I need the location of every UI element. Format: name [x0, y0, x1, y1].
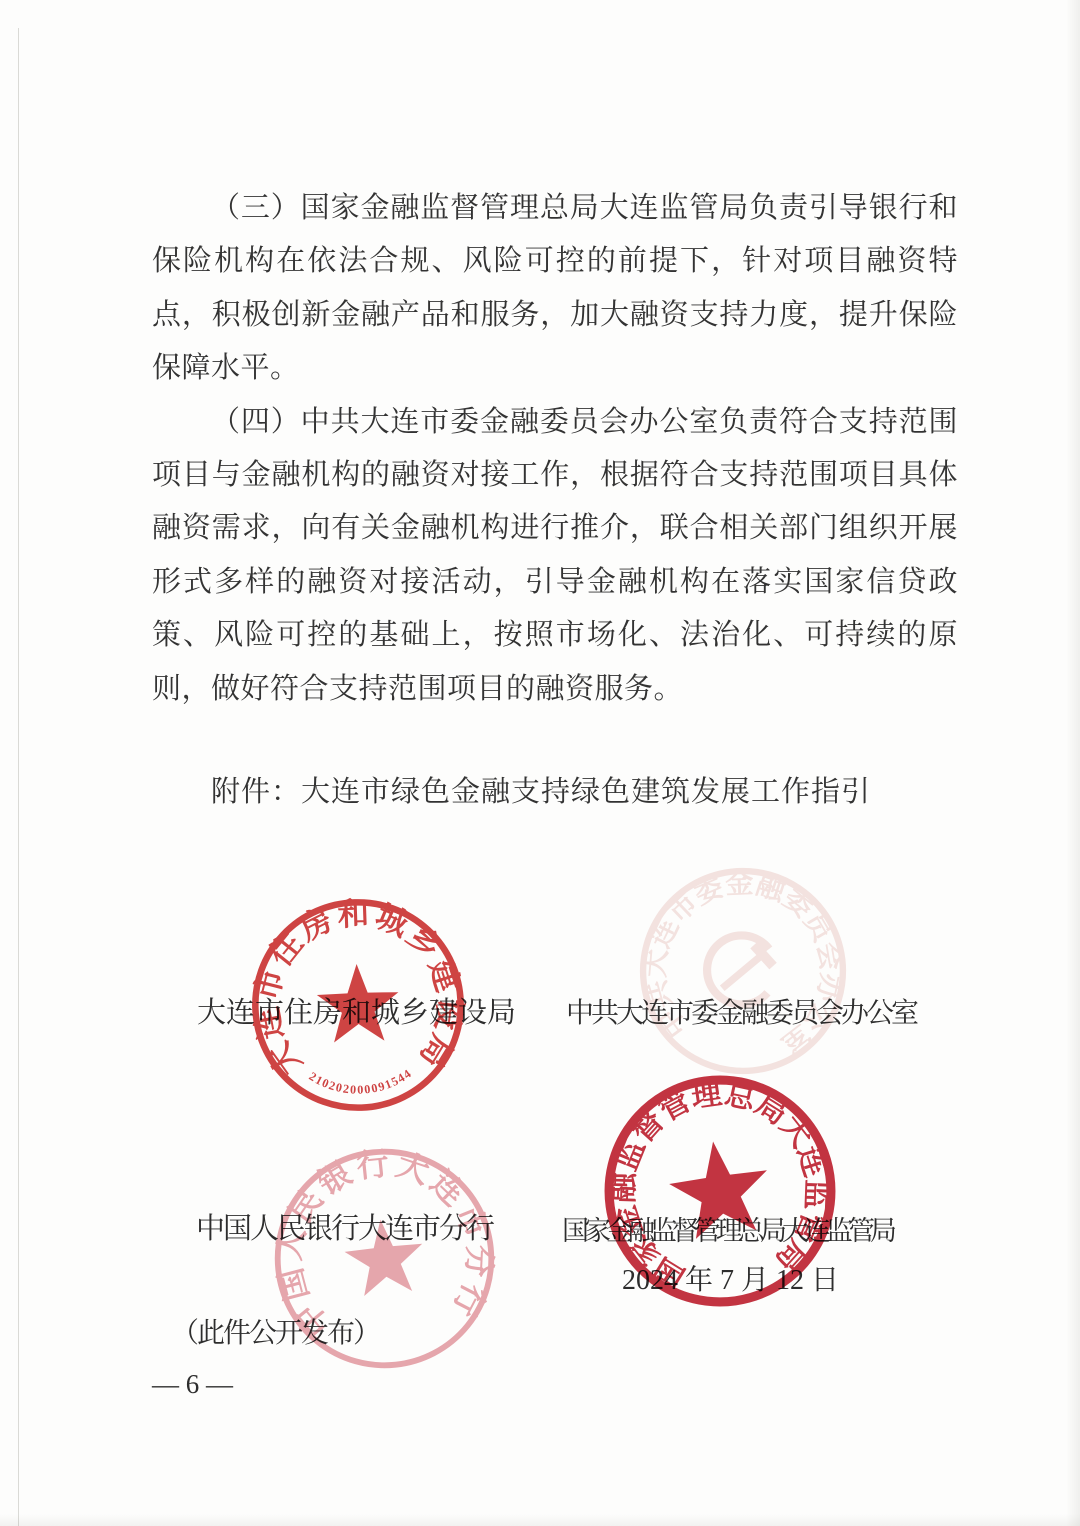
scan-edge-right	[1066, 0, 1080, 1526]
seal-arc-text: 大连市住房和城乡建设局	[245, 893, 470, 1083]
body-line: （三）国家金融监督管理总局大连监管局负责引导银行和	[152, 182, 958, 235]
body-line: 项目与金融机构的融资对接工作，根据符合支持范围项目具体	[152, 449, 958, 502]
body-line: 则，做好符合支持范围项目的融资服务。	[152, 663, 958, 716]
seal-ring	[630, 858, 856, 1084]
page-number: — 6 —	[152, 1369, 233, 1400]
seal-code-number: 210202000091544	[306, 1066, 415, 1099]
body-text: （三）国家金融监督管理总局大连监管局负责引导银行和保险机构在依法合规、风险可控的…	[152, 182, 958, 819]
scan-edge-bottom	[0, 1514, 1080, 1526]
body-line: 融资需求，向有关金融机构进行推介，联合相关部门组织开展	[152, 502, 958, 555]
seal-party-graphic: 中共大连市委金融委员会办公室	[620, 848, 866, 1094]
attachment-line: 附件：大连市绿色金融支持绿色建筑发展工作指引	[152, 766, 958, 819]
official-seal-finance-committee-office: 中共大连市委金融委员会办公室	[620, 848, 866, 1094]
body-line: 保障水平。	[152, 342, 958, 395]
body-line: 点，积极创新金融产品和服务，加大融资支持力度，提升保险	[152, 289, 958, 342]
signature-finance-committee-office: 中共大连市委金融委员会办公室	[566, 991, 916, 1031]
document-page: { "document": { "body_lines": [ {"text":…	[0, 0, 1080, 1526]
body-line: 策、风险可控的基础上，按照市场化、法治化、可持续的原	[152, 609, 958, 662]
body-line: （四）中共大连市委金融委员会办公室负责符合支持范围	[152, 396, 958, 449]
scan-edge-line	[18, 28, 19, 1526]
body-line: 形式多样的融资对接活动，引导金融机构在落实国家信贷政	[152, 556, 958, 609]
signature-nfra-dalian-bureau: 国家金融监督管理总局大连监管局	[562, 1209, 892, 1248]
signature-housing-bureau: 大连市住房和城乡建设局	[197, 990, 516, 1031]
publish-notice: （此件公开发布）	[171, 1311, 379, 1351]
signature-pboc-dalian-branch: 中国人民银行大连市分行	[196, 1206, 493, 1247]
seal-arc-text: 中共大连市委金融委员会办公室	[629, 853, 860, 1067]
document-date: 2024 年 7 月 12 日	[622, 1258, 839, 1298]
body-line: 保险机构在依法合规、风险可控的前提下，针对项目融资特	[152, 235, 958, 288]
